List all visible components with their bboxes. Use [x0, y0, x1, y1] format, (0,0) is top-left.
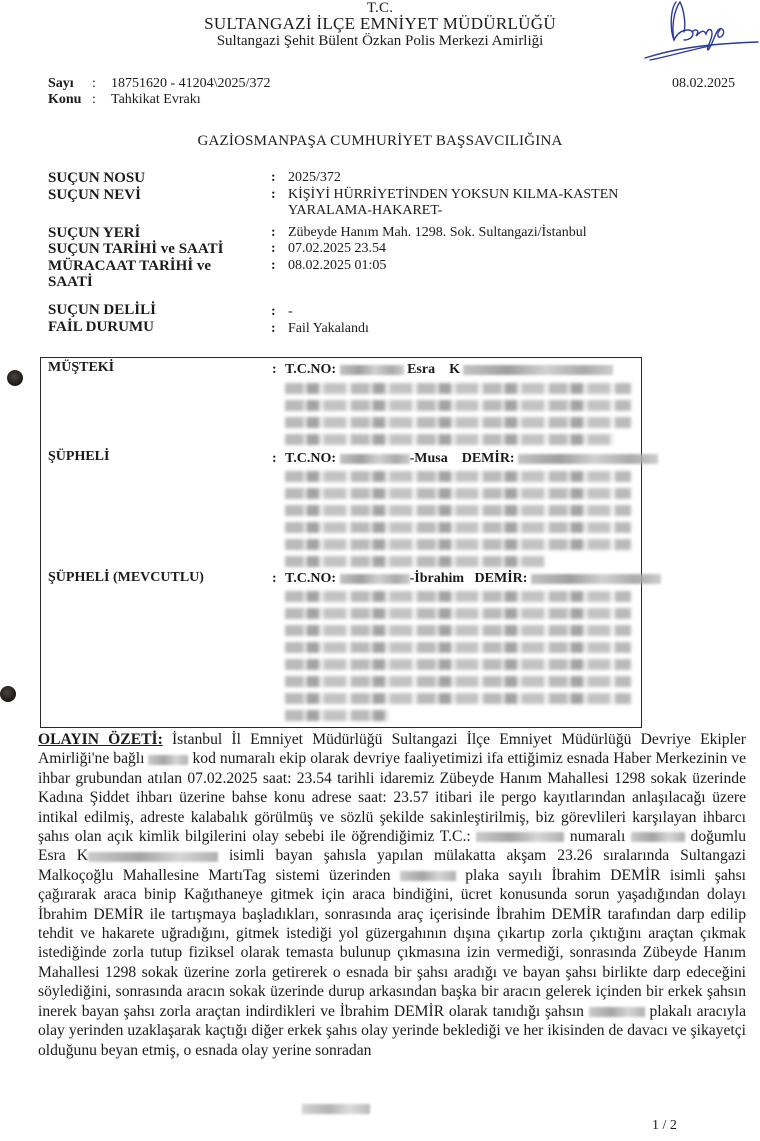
summary-text: plaka sayılı İbrahim DEMİR isimli şahsı … — [38, 867, 746, 1020]
sayi-separator: : — [92, 76, 96, 92]
crime-place-value: Zübeyde Hanım Mah. 1298. Sok. Sultangazi… — [288, 225, 708, 241]
party-role: ŞÜPHELİ — [48, 449, 109, 465]
crime-datetime-label: SUÇUN TARİHİ ve SAATİ — [48, 241, 253, 257]
redacted-surname — [88, 852, 218, 862]
sayi-label: Sayı — [48, 76, 74, 92]
crime-no-value: 2025/372 — [288, 170, 708, 186]
separator: : — [271, 321, 276, 337]
separator: : — [271, 258, 276, 274]
summary-title: OLAYIN ÖZETİ: — [38, 731, 163, 748]
redacted-details — [285, 471, 631, 573]
evidence-value: - — [288, 304, 708, 320]
separator: : — [271, 304, 276, 320]
tc-label: T.C.NO: — [285, 362, 336, 377]
perpetrator-status-value: Fail Yakalandı — [288, 321, 708, 337]
incident-summary: OLAYIN ÖZETİ: İstanbul İl Emniyet Müdürl… — [38, 730, 746, 1060]
party-name: -Musa — [410, 451, 448, 466]
redacted-plate — [400, 871, 456, 881]
redacted-id — [340, 454, 410, 464]
redacted-plate — [589, 1007, 645, 1017]
konu-label: Konu — [48, 92, 81, 108]
separator: : — [272, 451, 277, 467]
party-role: ŞÜPHELİ (MEVCUTLU) — [48, 570, 204, 586]
redacted-details-start — [531, 574, 661, 584]
party-name: -İbrahim — [410, 571, 464, 586]
tc-label: T.C.NO: — [285, 571, 336, 586]
sayi-value: 18751620 - 41204\2025/372 — [111, 76, 270, 92]
addressee: GAZİOSMANPAŞA CUMHURİYET BAŞSAVCILIĞINA — [0, 133, 760, 150]
application-datetime-label: MÜRACAAT TARİHİ ve SAATİ — [48, 258, 238, 290]
document-date: 08.02.2025 — [672, 76, 735, 92]
redacted-birthdate — [631, 832, 685, 842]
hole-punch-icon — [0, 686, 16, 702]
hole-punch-icon — [7, 370, 23, 386]
redacted-id — [340, 365, 404, 375]
separator: : — [272, 362, 277, 378]
application-datetime-value: 08.02.2025 01:05 — [288, 258, 708, 274]
evidence-label: SUÇUN DELİLİ — [48, 302, 253, 318]
separator: : — [271, 241, 276, 257]
party-surname: K — [449, 362, 460, 377]
redacted-id — [340, 574, 410, 584]
redacted-team-code — [148, 755, 188, 765]
perpetrator-status-label: FAİL DURUMU — [48, 319, 253, 335]
crime-type-value: KİŞİYİ HÜRRİYETİNDEN YOKSUN KILMA-KASTEN… — [288, 187, 678, 219]
party-surname: DEMİR: — [462, 451, 515, 466]
redacted-text — [302, 1104, 370, 1114]
summary-text: numaralı — [564, 828, 631, 845]
redacted-details — [285, 591, 631, 727]
redacted-surname — [463, 365, 613, 375]
separator: : — [271, 170, 276, 186]
party-surname: DEMİR: — [475, 571, 528, 586]
redacted-details-start — [518, 454, 658, 464]
separator: : — [271, 225, 276, 241]
crime-datetime-value: 07.02.2025 23.54 — [288, 241, 708, 257]
redacted-id — [476, 832, 564, 842]
crime-no-label: SUÇUN NOSU — [48, 170, 253, 186]
party-role: MÜŞTEKİ — [48, 360, 114, 376]
page-number: 1 / 2 — [652, 1118, 677, 1134]
crime-place-label: SUÇUN YERİ — [48, 225, 253, 241]
tc-label: T.C.NO: — [285, 451, 336, 466]
konu-value: Tahkikat Evrakı — [111, 92, 201, 108]
party-name: Esra — [407, 362, 435, 377]
redacted-details — [285, 383, 631, 451]
signature-icon — [640, 0, 760, 70]
separator: : — [271, 187, 276, 203]
crime-type-label: SUÇUN NEVİ — [48, 187, 253, 203]
separator: : — [272, 571, 277, 587]
konu-separator: : — [92, 92, 96, 108]
